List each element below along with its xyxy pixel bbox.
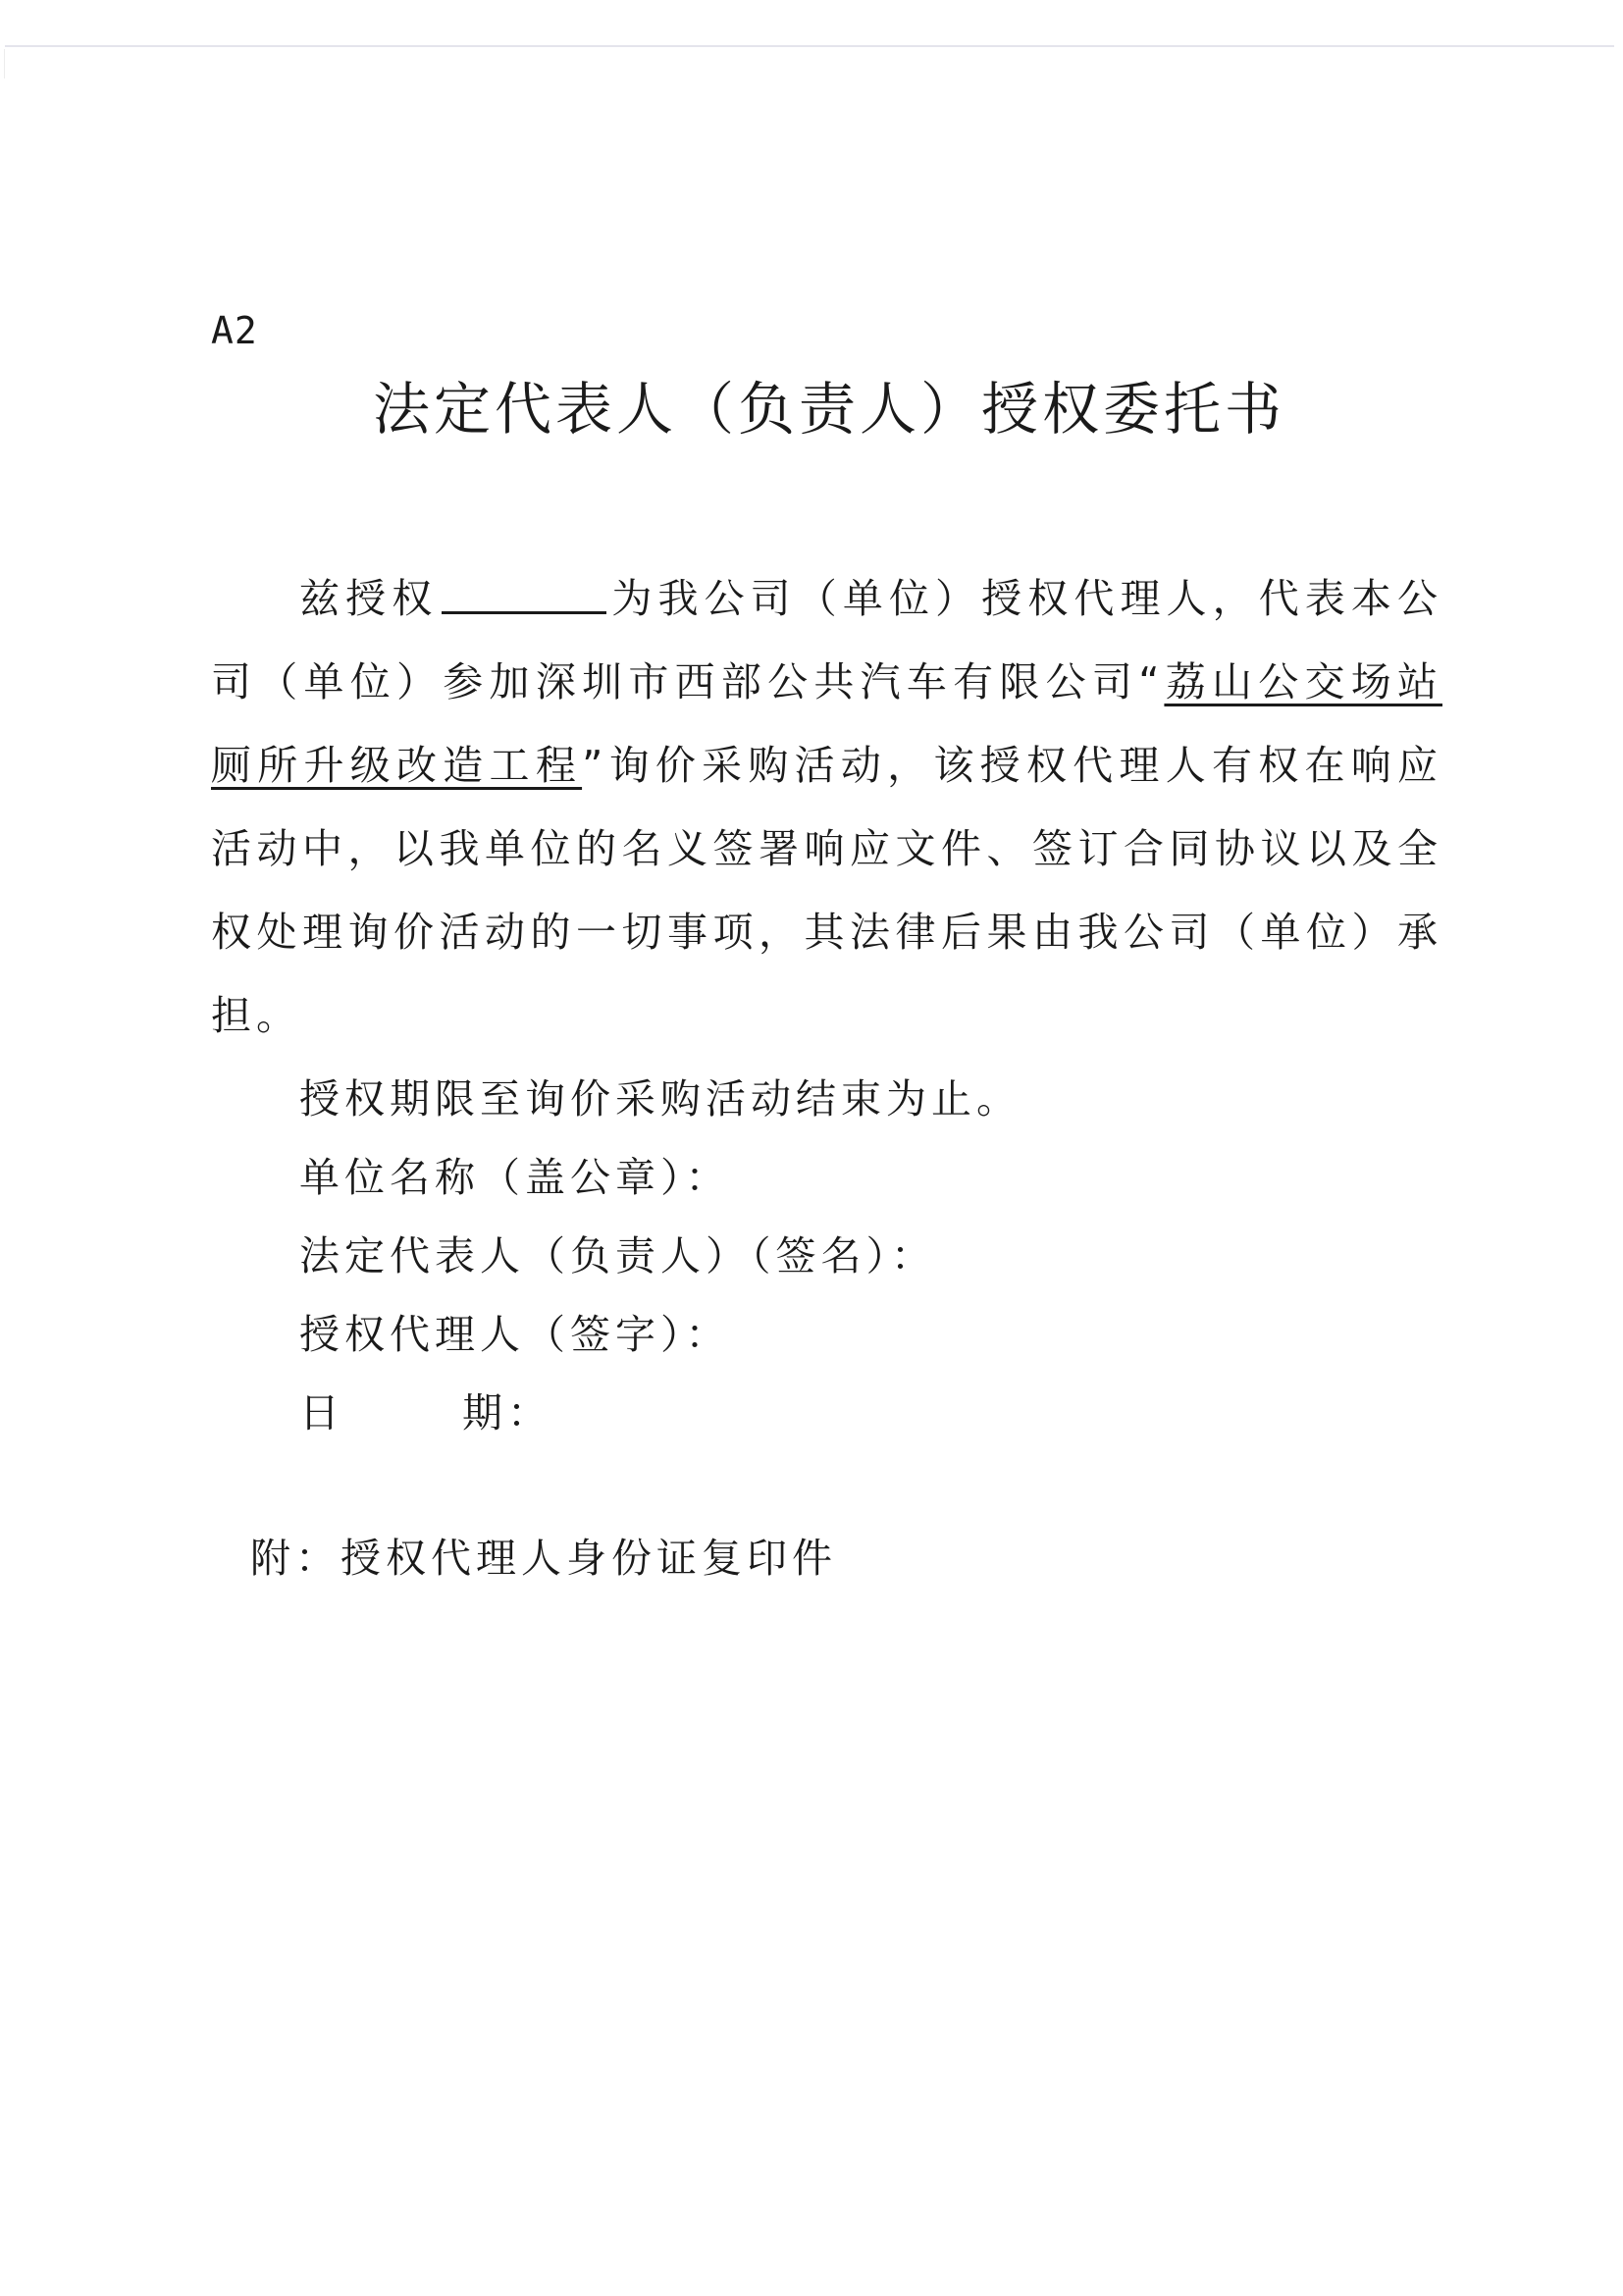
date-label-right: 期： bbox=[462, 1389, 552, 1436]
legal-rep-signature-label: 法定代表人（负责人）（签名）： bbox=[299, 1232, 936, 1279]
authorization-period: 授权期限至询价采购活动结束为止。 bbox=[211, 1058, 1442, 1141]
authorization-body: 兹授权为我公司（单位）授权代理人，代表本公司（单位）参加深圳市西部公共汽车有限公… bbox=[211, 557, 1442, 1141]
authorization-paragraph: 兹授权为我公司（单位）授权代理人，代表本公司（单位）参加深圳市西部公共汽车有限公… bbox=[211, 557, 1442, 1058]
agent-signature-label: 授权代理人（签字）： bbox=[299, 1311, 731, 1358]
signature-block: 单位名称（盖公章）： 法定代表人（负责人）（签名）： 授权代理人（签字）： 日期… bbox=[299, 1138, 936, 1452]
page-title: 法定代表人（负责人）授权委托书 bbox=[373, 381, 1276, 438]
company-seal-label: 单位名称（盖公章）： bbox=[299, 1154, 731, 1201]
scanner-artifact-line bbox=[5, 45, 1614, 47]
attachment-note: 附：授权代理人身份证复印件 bbox=[250, 1531, 837, 1587]
date-field[interactable]: 日期： bbox=[299, 1374, 936, 1452]
section-label: A2 bbox=[211, 312, 258, 349]
paragraph-prefix: 兹授权 bbox=[299, 575, 438, 622]
agent-name-blank[interactable] bbox=[442, 576, 606, 614]
date-label-left: 日 bbox=[299, 1389, 344, 1436]
legal-rep-signature-field[interactable]: 法定代表人（负责人）（签名）： bbox=[299, 1217, 936, 1295]
scanner-artifact-edge bbox=[4, 49, 5, 78]
agent-signature-field[interactable]: 授权代理人（签字）： bbox=[299, 1295, 936, 1374]
company-seal-field[interactable]: 单位名称（盖公章）： bbox=[299, 1138, 936, 1217]
